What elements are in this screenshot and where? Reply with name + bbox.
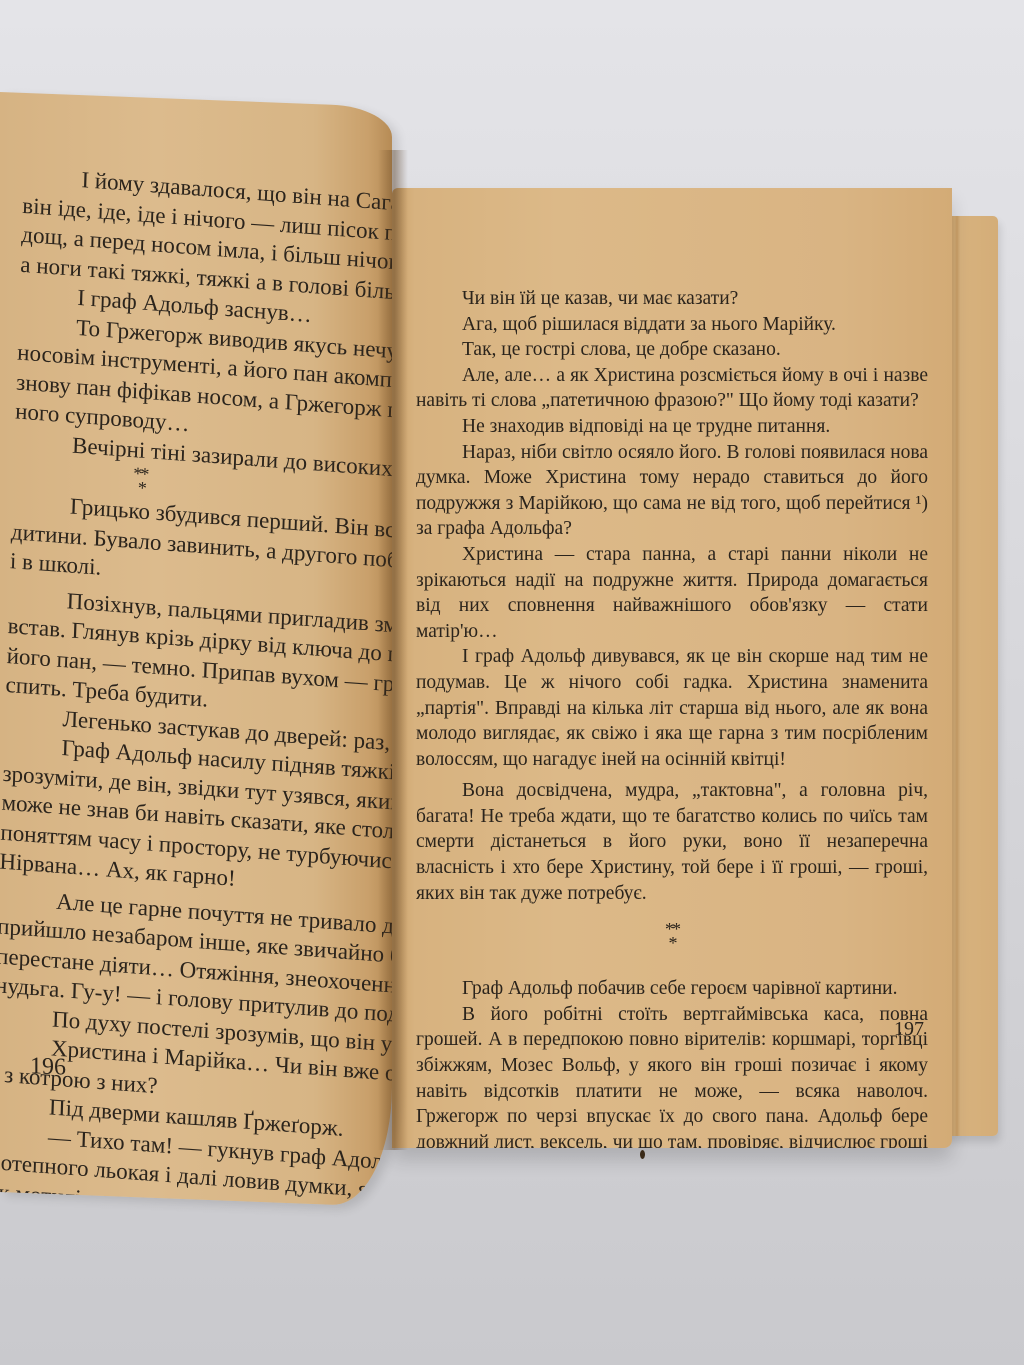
open-book: Чи він їй це казав, чи має казати? Ага, … bbox=[0, 0, 1024, 1365]
paragraph: І граф Адольф дивувався, як це він скорш… bbox=[416, 644, 928, 772]
paragraph: Вона досвідчена, мудра, „тактовна", а го… bbox=[416, 778, 928, 906]
left-page-text: І йому здавалося, що він на Сагарі і що … bbox=[0, 161, 392, 1207]
paragraph: Христина — стара панна, а старі панни ні… bbox=[416, 542, 928, 644]
page-edges bbox=[944, 216, 998, 1136]
right-page: Чи він їй це казав, чи має казати? Ага, … bbox=[392, 188, 952, 1148]
paragraph: Ага, щоб рішилася віддати за нього Марій… bbox=[416, 312, 928, 338]
right-page-text: Чи він їй це казав, чи має казати? Ага, … bbox=[416, 286, 928, 1148]
paragraph: Граф Адольф побачив себе героєм чарівної… bbox=[416, 976, 928, 1002]
text-line: „Христино, не забувай, що на нас глядить… bbox=[0, 1206, 392, 1207]
paragraph: Не знаходив відповіді на це трудне питан… bbox=[416, 414, 928, 440]
page-number: 197 bbox=[894, 1018, 924, 1041]
section-break-asterism: *** bbox=[416, 922, 928, 950]
paragraph: Чи він їй це казав, чи має казати? bbox=[416, 286, 928, 312]
paragraph: В його робітні стоїть вертгаймівська кас… bbox=[416, 1002, 928, 1148]
paragraph: Але, але… а як Христина розсміється йому… bbox=[416, 363, 928, 414]
paragraph: Нараз, ніби світло осяяло його. В голові… bbox=[416, 440, 928, 542]
page-number: 196 bbox=[30, 1053, 66, 1081]
paragraph: Так, це гострі слова, це добре сказано. bbox=[416, 337, 928, 363]
left-page: І йому здавалося, що він на Сагарі і що … bbox=[0, 92, 392, 1207]
paper-spot bbox=[640, 1150, 645, 1159]
